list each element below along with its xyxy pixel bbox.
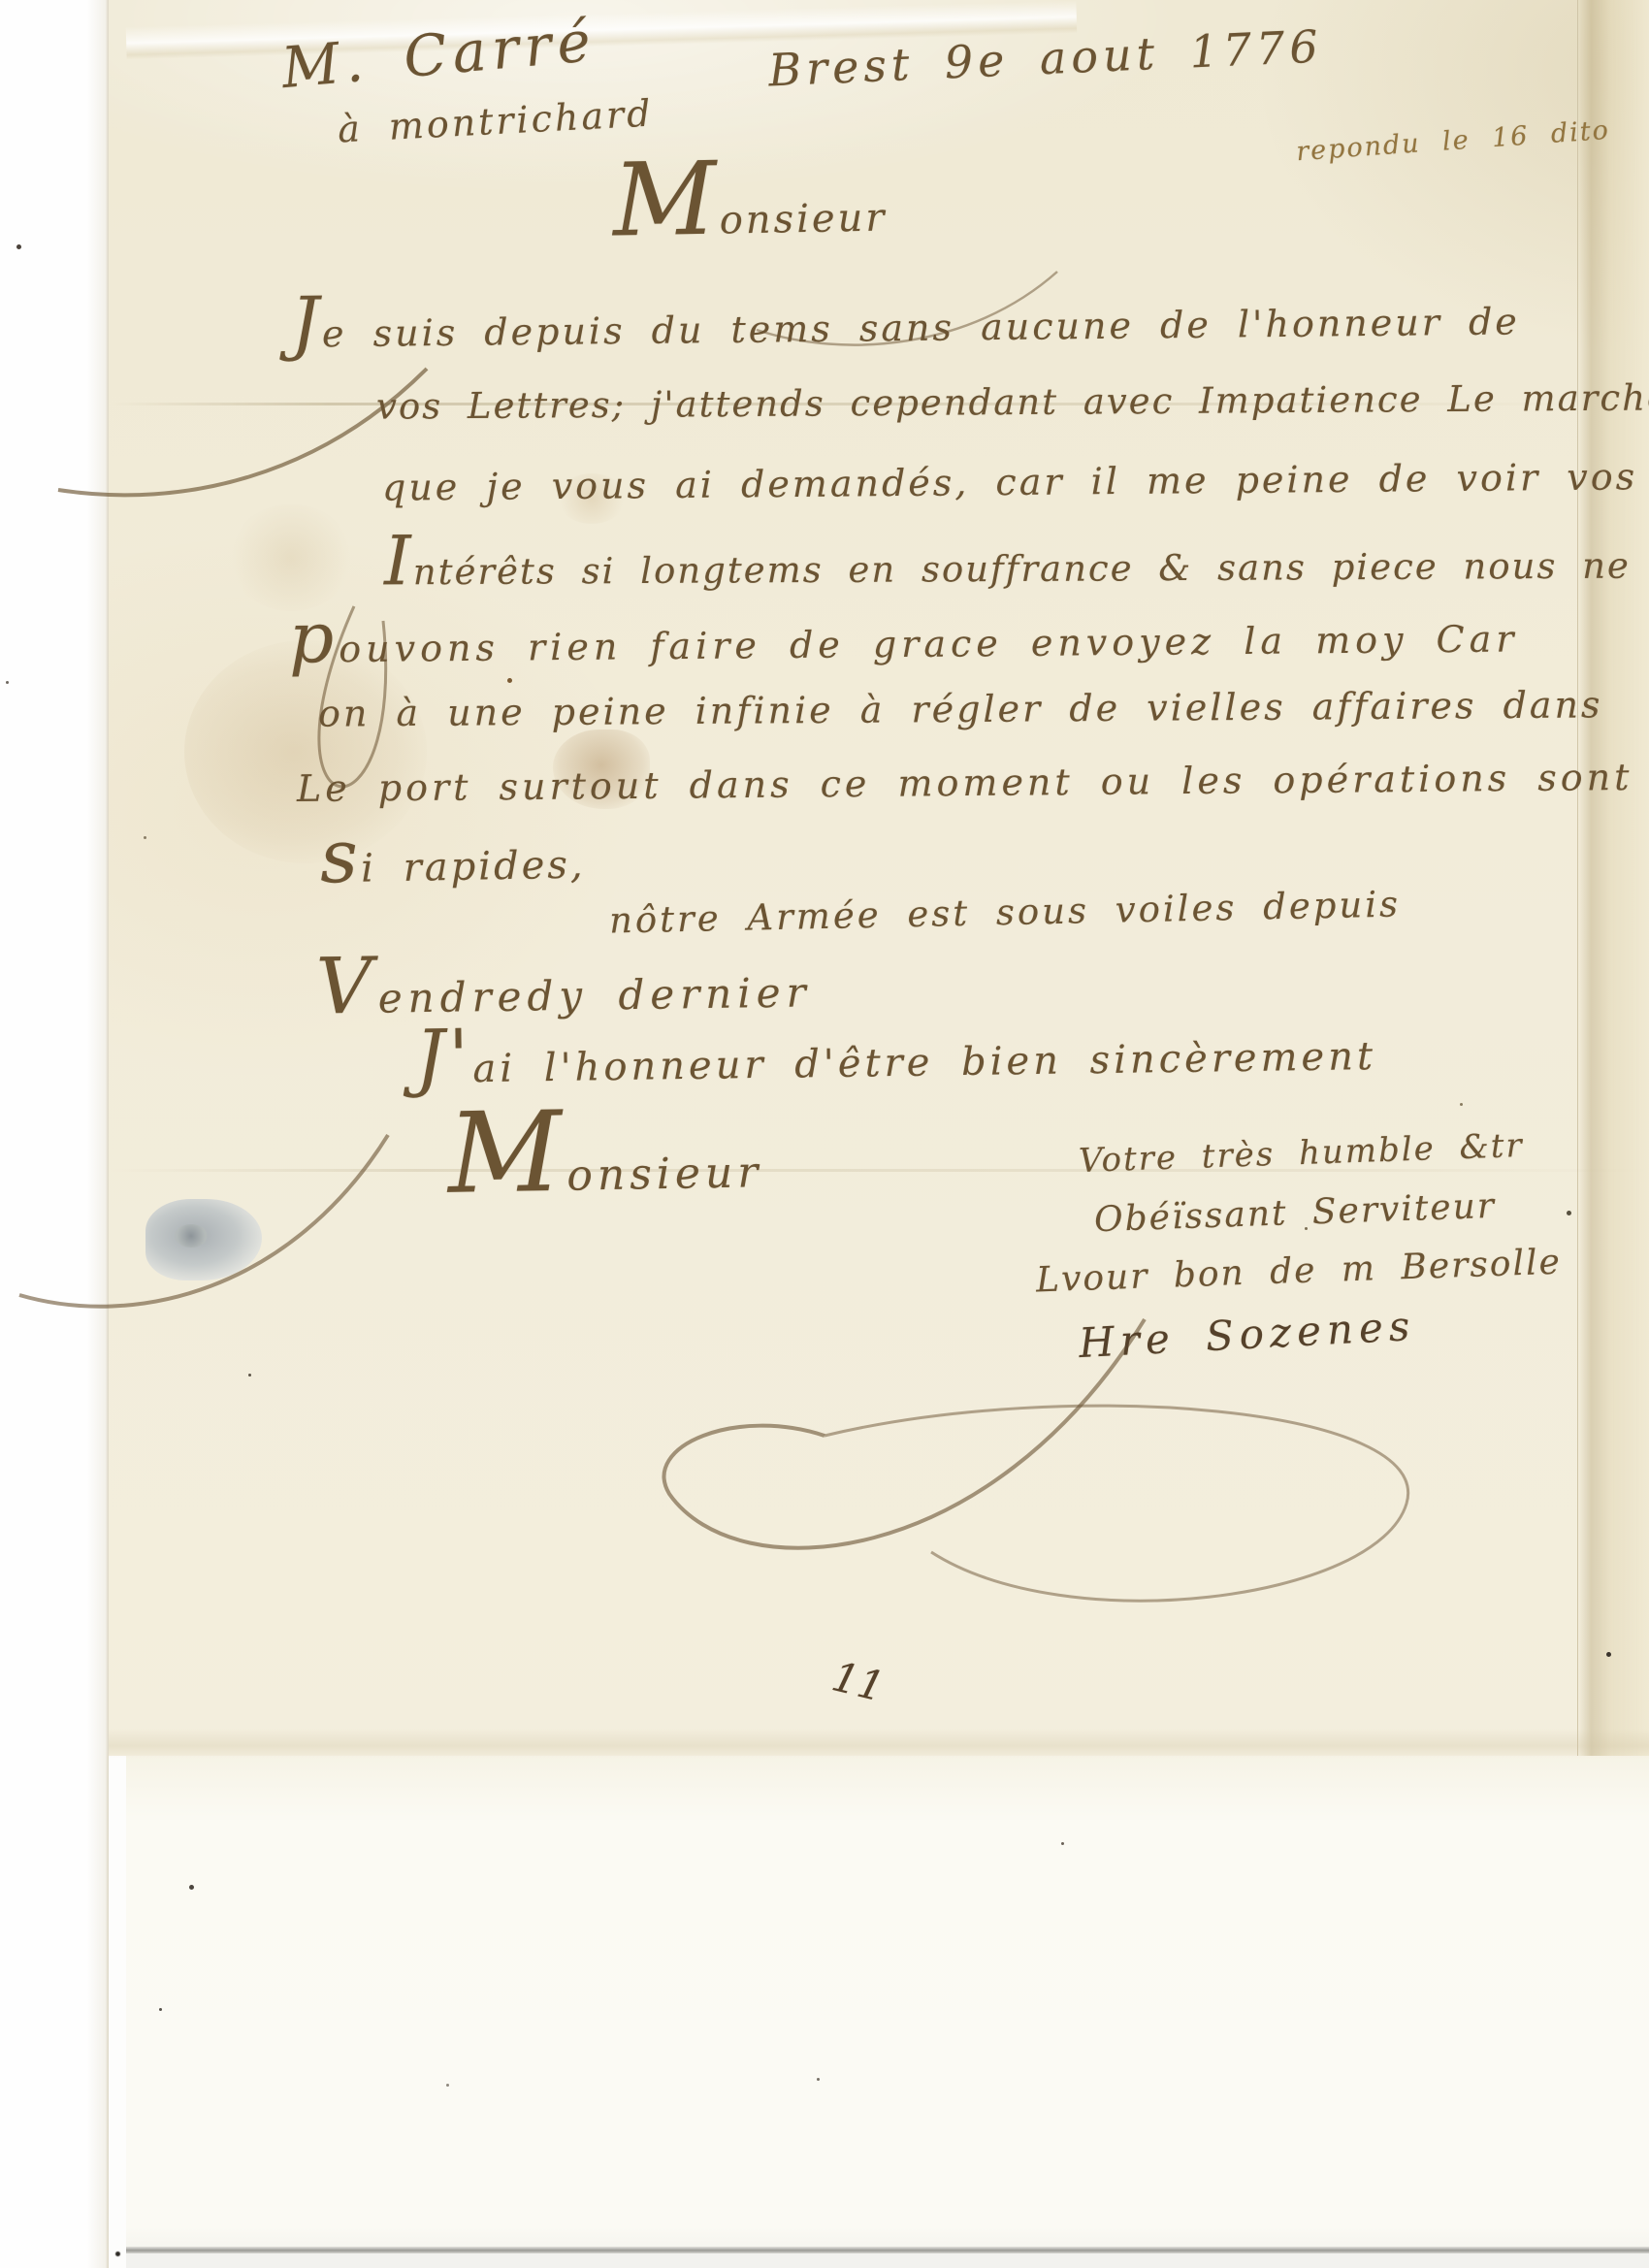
- pen-flourish-jai: [19, 1135, 388, 1307]
- salutation: Monsieur: [612, 171, 887, 243]
- bottom-scan-margin: [126, 2253, 1649, 2268]
- closing-monsieur: Monsieur: [447, 1120, 762, 1201]
- scanned-letter-page: M. Carré à montrichard Brest 9e aout 177…: [0, 0, 1649, 2268]
- body-line-10: Vendredy dernier: [316, 958, 812, 1021]
- body-line-2: vos Lettres; j'attends cependant avec Im…: [376, 379, 1649, 426]
- pen-flourish-line1: [58, 369, 427, 495]
- sheet-transition-shadow: [109, 1729, 1649, 1758]
- bottom-scan-edge: [126, 2247, 1649, 2253]
- dust-specks: [0, 0, 3, 3]
- pen-flourish-signature-1: [664, 1319, 1145, 1548]
- pen-flourish-signature-2: [824, 1406, 1408, 1601]
- body-line-5: pouvons rien faire de grace envoyez la m…: [289, 609, 1519, 669]
- body-line-6: on à une peine infinie à régler de viell…: [318, 686, 1603, 733]
- paper-bottom-sheet: [126, 1756, 1649, 2268]
- body-line-8: si rapides,: [320, 832, 586, 891]
- body-line-4: Intérêts si longtems en souffrance & san…: [384, 536, 1631, 593]
